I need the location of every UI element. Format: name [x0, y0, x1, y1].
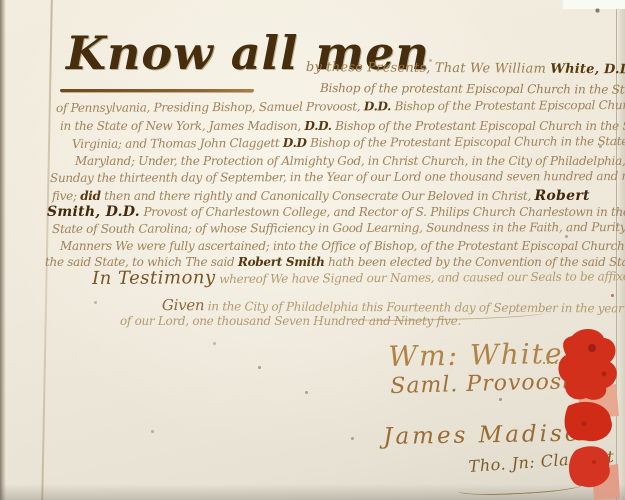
- paper-fold-line: [41, 0, 53, 500]
- body-line-4: Maryland; Under, the Protection of Almig…: [75, 154, 625, 168]
- body-line-1-dd: D.D.: [364, 99, 391, 113]
- body-line-3: Virginia; and Thomas John Claggett D.D B…: [72, 134, 625, 151]
- name-smith: Smith, D.D.: [47, 204, 140, 220]
- body-line-2-dd: D.D.: [305, 119, 332, 133]
- body-line-2-post: Bishop of the Protestant Episcopal Churc…: [332, 119, 625, 133]
- testimony-lead: In Testimony: [92, 267, 216, 289]
- testimony-rest: whereof We have Signed our Names, and ca…: [216, 269, 625, 286]
- opening-line-2: Bishop of the protestant Episcopal Churc…: [320, 81, 625, 97]
- given-lead: Given: [162, 296, 204, 314]
- heading-underline: [60, 89, 254, 92]
- body-line-2: in the State of New York, James Madison,…: [60, 119, 625, 133]
- body-line-3-post: Bishop of the Protestant Episcopal Churc…: [307, 134, 625, 150]
- body-line-6-did: did: [80, 189, 100, 203]
- body-line-8: State of South Carolina; of whose Suffic…: [52, 220, 625, 236]
- wax-seal-spot: [582, 422, 587, 427]
- name-robert: Robert: [534, 188, 589, 204]
- body-line-5: Sunday the thirteenth day of September, …: [50, 169, 625, 185]
- paper-left-edge: [0, 0, 6, 500]
- name-white: White, D.D: [550, 62, 625, 78]
- body-line-7-post: Provost of Charlestown College, and Rect…: [140, 205, 625, 219]
- opening-line-1-text: by these Presents, That We William: [306, 60, 550, 77]
- opening-line-1: by these Presents, That We William White…: [306, 60, 625, 77]
- paper-foxing-specks: [0, 0, 1, 1]
- wax-seal-spot: [602, 372, 607, 377]
- body-line-2-pre: in the State of New York, James Madison,: [60, 119, 305, 133]
- paper-corner-highlight: [563, 0, 625, 9]
- body-line-1-pre: of Pennsylvania, Presiding Bishop, Samue…: [56, 99, 364, 115]
- body-line-1-post: Bishop of the Protestant Episcopal Churc…: [391, 98, 625, 113]
- wax-seals: [550, 328, 625, 500]
- body-line-3-dd: D.D: [283, 136, 307, 150]
- wax-seal-spot: [588, 344, 596, 352]
- testimony-line: In Testimony whereof We have Signed our …: [92, 264, 625, 289]
- signature-wm-white: Wm: White: [388, 337, 564, 373]
- body-line-6-pre: five;: [52, 189, 80, 203]
- wax-seal-3: [569, 446, 610, 487]
- body-line-3-pre: Virginia; and Thomas John Claggett: [72, 136, 283, 151]
- signature-saml-provoost: Saml. Provoost: [390, 369, 572, 399]
- scanned-document: Know all men by these Presents, That We …: [0, 0, 625, 500]
- body-line-6-mid: then and there rightly and Canonically C…: [101, 189, 535, 203]
- wax-seal-spot: [592, 460, 596, 464]
- body-line-7: Smith, D.D. Provost of Charlestown Colle…: [47, 204, 625, 220]
- body-line-1: of Pennsylvania, Presiding Bishop, Samue…: [56, 98, 625, 115]
- body-line-6: five; did then and there rightly and Can…: [52, 188, 590, 204]
- body-line-9: Manners We were fully ascertained; into …: [60, 239, 625, 253]
